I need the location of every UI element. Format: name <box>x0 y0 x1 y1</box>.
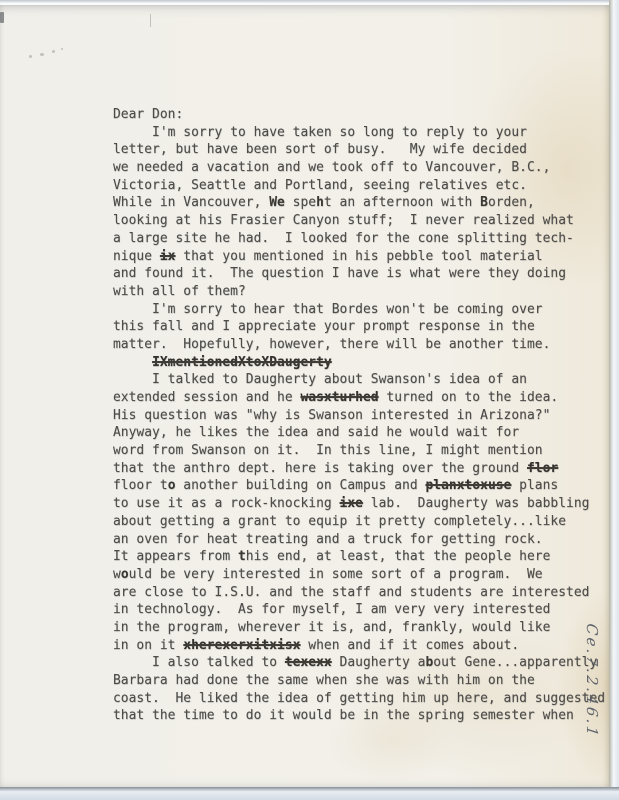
letter-text: Dear Don: I'm sorry to have taken so lon… <box>113 106 605 725</box>
overstruck-text: planxtoxuse <box>425 478 511 493</box>
letter-text-segment: uld be very interested in some sort of a… <box>129 567 543 582</box>
letter-text-segment: are close to I.S.U. and the staff and st… <box>113 585 589 600</box>
letter-line: Anyway, he likes the idea and said he wo… <box>113 424 605 442</box>
letter-line: in the program, wherever it is, and, fra… <box>113 619 605 637</box>
letter-text-segment: coast. He liked the idea of getting him … <box>113 691 605 706</box>
letter-text-segment: h <box>316 195 324 210</box>
letter-line: It appears from this end, at least, that… <box>113 548 605 566</box>
paper-edge-mark <box>0 12 4 23</box>
letter-text-segment: with all of them? <box>113 284 246 299</box>
paper-scratch <box>150 14 151 27</box>
letter-text-segment: t an afternoon with <box>324 195 480 210</box>
letter-line: Victoria, Seattle and Portland, seeing r… <box>113 177 605 195</box>
letter-text-segment: floor t <box>113 478 168 493</box>
paper-speck <box>61 48 63 50</box>
letter-text-segment: matter. Hopefully, however, there will b… <box>113 337 550 352</box>
letter-text-segment <box>113 355 152 370</box>
letter-text-segment: Barbara had done the same when she was w… <box>113 673 535 688</box>
letter-line: that the anthro dept. here is taking ove… <box>113 460 605 478</box>
letter-text-segment: in the program, wherever it is, and, fra… <box>113 620 550 635</box>
letter-line: coast. He liked the idea of getting him … <box>113 690 605 708</box>
letter-text-segment: nique <box>113 249 160 264</box>
letter-text-segment: t <box>238 549 246 564</box>
letter-line: looking at his Frasier Canyon stuff; I n… <box>113 212 605 230</box>
letter-text-segment: extended session and he <box>113 390 300 405</box>
letter-line: I also talked to texexx Daugherty about … <box>113 654 605 672</box>
overstruck-text: xherexerxitxisx <box>183 638 300 653</box>
letter-line: in on it xherexerxitxisx when and if it … <box>113 637 605 655</box>
letter-text-segment: orden, <box>488 195 535 210</box>
letter-line: letter, but have been sort of busy. My w… <box>113 141 605 159</box>
letter-text-segment: o <box>121 567 129 582</box>
letter-line: I'm sorry to hear that Bordes won't be c… <box>113 301 605 319</box>
letter-line: a large site he had. I looked for the co… <box>113 230 605 248</box>
letter-text-segment: Daugherty a <box>332 655 426 670</box>
letter-text-segment: an oven for heat treating and a truck fo… <box>113 532 543 547</box>
letter-line: an oven for heat treating and a truck fo… <box>113 531 605 549</box>
letter-line: nique ix that you mentioned in his pebbl… <box>113 248 605 266</box>
letter-text-segment: about getting a grant to equip it pretty… <box>113 514 566 529</box>
overstruck-text: ix <box>160 249 176 264</box>
letter-text-segment: We <box>269 195 285 210</box>
letter-text-segment: his end, at least, that the people here <box>246 549 551 564</box>
letter-line: extended session and he wasxturhed turne… <box>113 389 605 407</box>
letter-text-segment: lab. Daugherty was babbling <box>363 496 590 511</box>
letter-line: that the time to do it would be in the s… <box>113 707 605 725</box>
scanned-letter-page: Dear Don: I'm sorry to have taken so lon… <box>0 0 619 800</box>
letter-line: would be very interested in some sort of… <box>113 566 605 584</box>
letter-text-segment: turned on to the idea. <box>379 390 559 405</box>
letter-text-segment: It appears from <box>113 549 238 564</box>
letter-text-segment: spe <box>285 195 316 210</box>
overstruck-text: ixe <box>340 496 363 511</box>
letter-text-segment: Victoria, Seattle and Portland, seeing r… <box>113 178 527 193</box>
letter-line: I talked to Daugherty about Swanson's id… <box>113 371 605 389</box>
letter-text-segment: we needed a vacation and we took off to … <box>113 160 550 175</box>
letter-text-segment: I'm sorry to have taken so long to reply… <box>113 125 527 140</box>
scan-edge-top <box>0 0 619 5</box>
letter-line: are close to I.S.U. and the staff and st… <box>113 584 605 602</box>
letter-text-segment: word from Swanson on it. In this line, I… <box>113 443 543 458</box>
letter-text-segment: a large site he had. I looked for the co… <box>113 231 574 246</box>
overstruck-text: wasxturhed <box>300 390 378 405</box>
paper-speck <box>29 55 32 58</box>
overstruck-text: flor <box>527 461 558 476</box>
letter-text-segment: in technology. As for myself, I am very … <box>113 602 550 617</box>
letter-text-segment: that the time to do it would be in the s… <box>113 708 574 723</box>
letter-text-segment: B <box>480 195 488 210</box>
letter-line: While in Vancouver, We speht an afternoo… <box>113 194 605 212</box>
overstruck-text: IXmentionedXtoXDaugerty <box>152 355 332 370</box>
letter-line: in technology. As for myself, I am very … <box>113 601 605 619</box>
letter-text-segment: this fall and I appreciate your prompt r… <box>113 319 535 334</box>
letter-text-segment: and found it. The question I have is wha… <box>113 266 566 281</box>
letter-text-segment: His question was "why is Swanson interes… <box>113 408 550 423</box>
letter-line: we needed a vacation and we took off to … <box>113 159 605 177</box>
letter-text-segment: that you mentioned in his pebble tool ma… <box>176 249 543 264</box>
letter-text-segment: when and if it comes about. <box>300 638 519 653</box>
letter-line: IXmentionedXtoXDaugerty <box>113 354 605 372</box>
paper-speck <box>40 53 44 56</box>
letter-line: to use it as a rock-knocking ixe lab. Da… <box>113 495 605 513</box>
letter-line: about getting a grant to equip it pretty… <box>113 513 605 531</box>
letter-text-segment: Dear Don: <box>113 107 183 122</box>
paper-speck <box>52 50 55 53</box>
letter-line: with all of them? <box>113 283 605 301</box>
letter-line: Dear Don: <box>113 106 605 124</box>
letter-line: word from Swanson on it. In this line, I… <box>113 442 605 460</box>
letter-text-segment: letter, but have been sort of busy. My w… <box>113 142 527 157</box>
scan-edge-bottom <box>0 787 619 800</box>
letter-text-segment: another building on Campus and <box>176 478 426 493</box>
letter-line: His question was "why is Swanson interes… <box>113 407 605 425</box>
letter-text-segment: plans <box>511 478 558 493</box>
letter-text-segment: out Gene...apparently <box>433 655 597 670</box>
letter-line: floor to another building on Campus and … <box>113 477 605 495</box>
letter-text-segment: I also talked to <box>113 655 285 670</box>
letter-text-segment: Anyway, he likes the idea and said he wo… <box>113 425 519 440</box>
letter-text-segment: While in Vancouver, <box>113 195 269 210</box>
letter-line: I'm sorry to have taken so long to reply… <box>113 124 605 142</box>
letter-text-segment: to use it as a rock-knocking <box>113 496 340 511</box>
archival-inscription: Ce.7.2.46.1 <box>583 623 601 740</box>
overstruck-text: texexx <box>285 655 332 670</box>
letter-text-segment: o <box>168 478 176 493</box>
letter-line: Barbara had done the same when she was w… <box>113 672 605 690</box>
scan-edge-right <box>609 0 619 800</box>
letter-text-segment: in on it <box>113 638 183 653</box>
letter-text-segment: that the anthro dept. here is taking ove… <box>113 461 527 476</box>
letter-line: and found it. The question I have is wha… <box>113 265 605 283</box>
letter-text-segment: looking at his Frasier Canyon stuff; I n… <box>113 213 574 228</box>
letter-line: matter. Hopefully, however, there will b… <box>113 336 605 354</box>
letter-text-segment: I'm sorry to hear that Bordes won't be c… <box>113 302 543 317</box>
letter-text-segment: I talked to Daugherty about Swanson's id… <box>113 372 527 387</box>
letter-text-segment: w <box>113 567 121 582</box>
letter-line: this fall and I appreciate your prompt r… <box>113 318 605 336</box>
